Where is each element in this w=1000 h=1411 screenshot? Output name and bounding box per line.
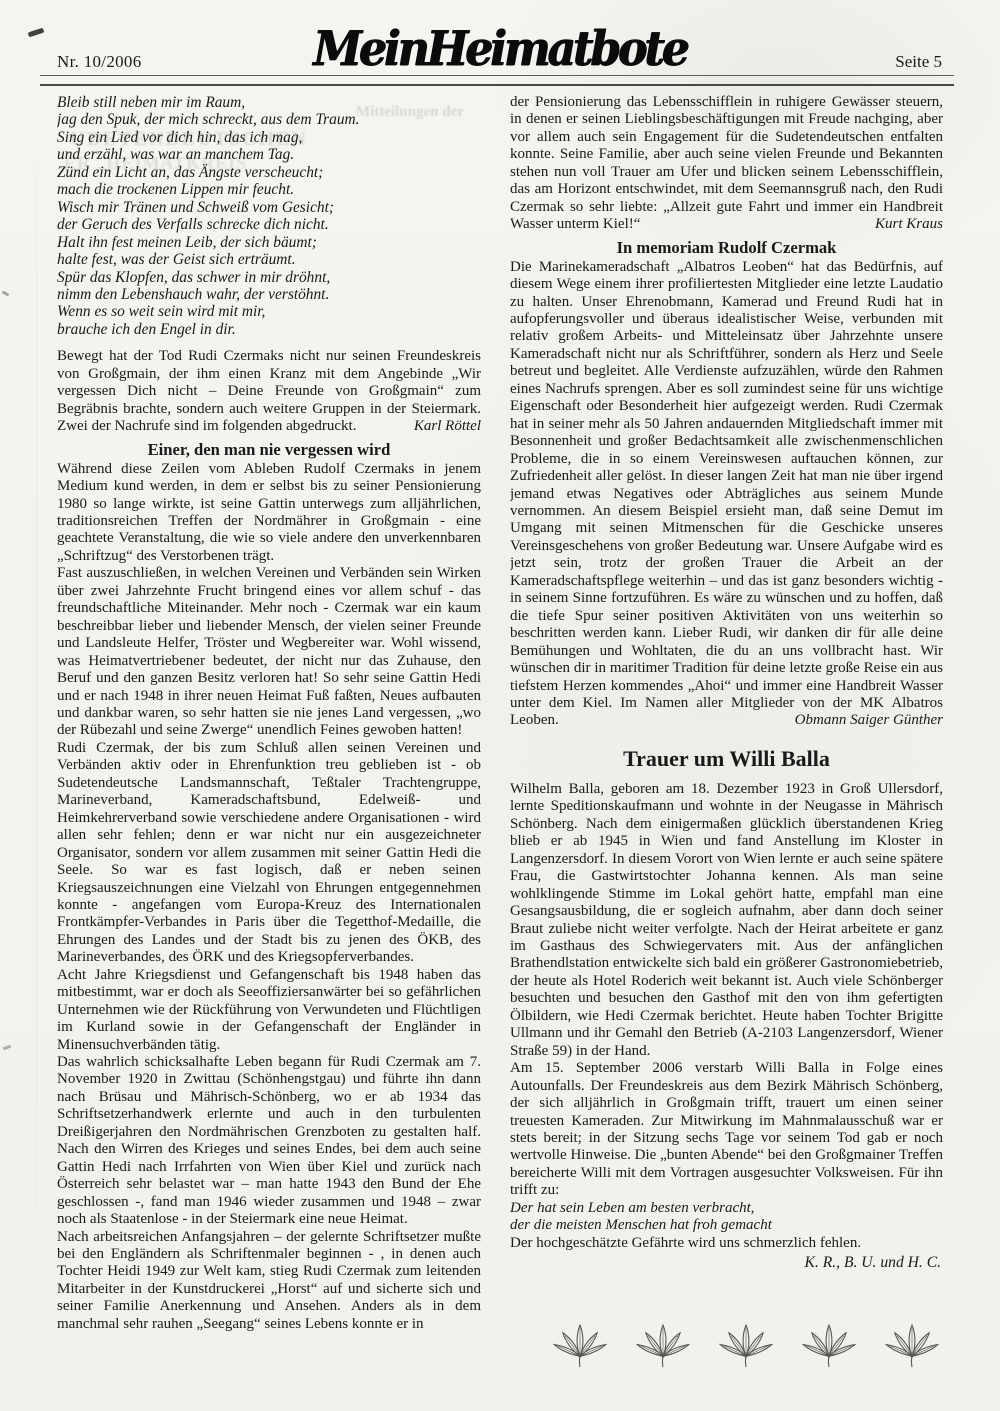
poem-line: Wenn es so weit sein wird mit mir, [57, 303, 481, 320]
poem-line: und erzähl, was war an manchem Tag. [57, 146, 481, 163]
poem-line: mach die trockenen Lippen mir feucht. [57, 181, 481, 198]
leaf-ornament-row [545, 1316, 947, 1370]
scan-artifact [3, 1045, 12, 1051]
article-paragraph: Das wahrlich schicksalhafte Leben begann… [57, 1054, 481, 1229]
leaf-cluster-icon [711, 1316, 781, 1370]
poem-line: Wisch mir Tränen und Schweiß vom Gesicht… [57, 199, 481, 216]
leaf-cluster-icon [545, 1316, 615, 1370]
poem-line: Bleib still neben mir im Raum, [57, 94, 481, 111]
poem-line: Sing ein Lied vor dich hin, das ich mag, [57, 129, 481, 146]
article-paragraph: Rudi Czermak, der bis zum Schluß allen s… [57, 740, 481, 967]
paper-fold-line [36, 120, 37, 1270]
poem-line: der Geruch des Verfalls schrecke dich ni… [57, 216, 481, 233]
in-memoriam-author: Obmann Saiger Günther [510, 712, 943, 729]
header-rule-thick [40, 84, 954, 86]
poem-line: Halt ihn fest meinen Leib, der sich bäum… [57, 234, 481, 251]
intro-author: Karl Röttel [57, 418, 481, 435]
verse-line: Der hat sein Leben am besten verbracht, [510, 1200, 943, 1217]
poem-line: jag den Spuk, der mich schreckt, aus dem… [57, 111, 481, 128]
article-paragraph: Während diese Zeilen vom Ableben Rudolf … [57, 461, 481, 566]
poem-line: Zünd ein Licht an, das Ängste verscheuch… [57, 164, 481, 181]
continuation-author: Kurt Kraus [510, 216, 943, 233]
poem-line: brauche ich den Engel in dir. [57, 321, 481, 338]
poem-line: Spür das Klopfen, das schwer in mir dröh… [57, 269, 481, 286]
leaf-cluster-icon [877, 1316, 947, 1370]
willi-balla-paragraph: Am 15. September 2006 verstarb Willi Bal… [510, 1060, 943, 1200]
willi-balla-paragraph: Wilhelm Balla, geboren am 18. Dezember 1… [510, 781, 943, 1060]
poem-line: nimm den Lebenshauch wahr, der verstöhnt… [57, 286, 481, 303]
article-paragraph: Nach arbeitsreichen Anfangsjahren – der … [57, 1229, 481, 1334]
poem-line: halte fest, was der Geist sich erträumt. [57, 251, 481, 268]
continuation-paragraph: der Pensionierung das Lebensschifflein i… [510, 94, 943, 234]
in-memoriam-paragraph: Die Marinekameradschaft „Albatros Leoben… [510, 259, 943, 730]
right-column: der Pensionierung das Lebensschifflein i… [510, 94, 943, 1411]
verse-line: der die meisten Menschen hat froh gemach… [510, 1217, 943, 1234]
masthead-title: MeinHeimatbote [0, 22, 1000, 77]
left-column: Bleib still neben mir im Raum, jag den S… [57, 94, 481, 1411]
page-number: Seite 5 [895, 52, 942, 72]
memorial-poem: Bleib still neben mir im Raum, jag den S… [57, 94, 481, 338]
article-paragraph: Fast auszuschließen, in welchen Vereinen… [57, 565, 481, 740]
newspaper-page: Mitteilungen der UDETENDEUTSCHEN ER „HEI… [0, 0, 1000, 1411]
leaf-cluster-icon [628, 1316, 698, 1370]
in-memoriam-heading: In memoriam Rudolf Czermak [510, 238, 943, 257]
article-never-forgotten-heading: Einer, den man nie vergessen wird [57, 440, 481, 459]
memorial-verse: Der hat sein Leben am besten verbracht, … [510, 1200, 943, 1235]
signature: K. R., B. U. und H. C. [510, 1254, 941, 1271]
closing-line: Der hochgeschätzte Gefährte wird uns sch… [510, 1235, 943, 1252]
article-paragraph: Acht Jahre Kriegsdienst und Gefangenscha… [57, 967, 481, 1054]
leaf-cluster-icon [794, 1316, 864, 1370]
scan-artifact [2, 290, 10, 296]
header-rule-thin [40, 75, 954, 76]
willi-balla-heading: Trauer um Willi Balla [510, 747, 943, 771]
